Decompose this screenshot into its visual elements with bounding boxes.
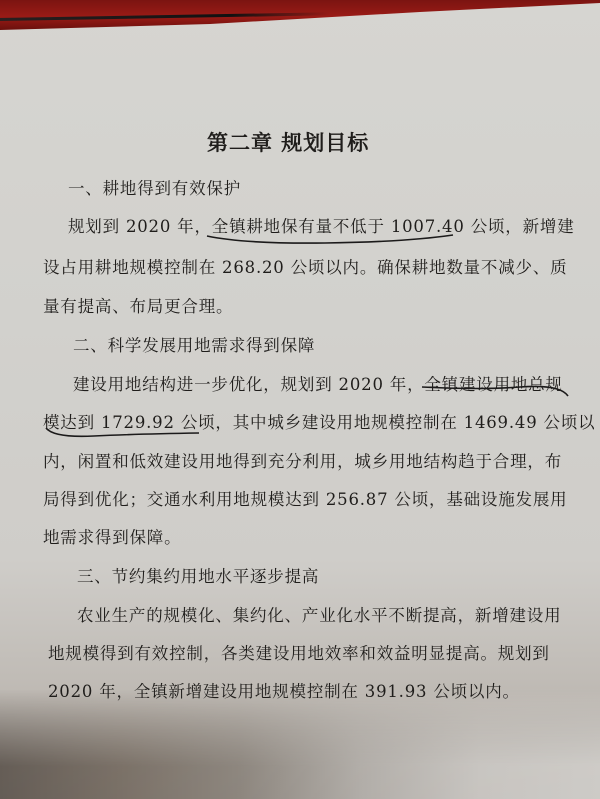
paragraph-line: 内，闲置和低效建设用地得到充分利用，城乡用地结构趋于合理，布: [43, 448, 562, 472]
paragraph-line: 2020 年，全镇新增建设用地规模控制在 391.93 公顷以内。: [48, 678, 520, 702]
paragraph-line: 设占用耕地规模控制在 268.20 公顷以内。确保耕地数量不减少、质: [43, 254, 567, 278]
paragraph-line: 局得到优化；交通水利用地规模达到 256.87 公顷，基础设施发展用: [43, 486, 567, 510]
chapter-title: 第二章 规划目标: [207, 127, 369, 157]
section-heading-3: 三、节约集约用地水平逐步提高: [77, 563, 319, 587]
paragraph-line: 地规模得到有效控制，各类建设用地效率和效益明显提高。规划到: [48, 640, 550, 664]
section-heading-1: 一、耕地得到有效保护: [68, 175, 241, 199]
paragraph-line: 建设用地结构进一步优化，规划到 2020 年，全镇建设用地总规: [73, 371, 563, 395]
document-body: 第二章 规划目标 一、耕地得到有效保护 规划到 2020 年，全镇耕地保有量不低…: [0, 0, 600, 799]
paragraph-line: 地需求得到保障。: [43, 524, 181, 548]
paragraph-line: 模达到 1729.92 公顷，其中城乡建设用地规模控制在 1469.49 公顷以: [43, 409, 595, 433]
section-heading-2: 二、科学发展用地需求得到保障: [73, 332, 315, 356]
paragraph-line: 规划到 2020 年，全镇耕地保有量不低于 1007.40 公顷，新增建: [68, 213, 575, 237]
paragraph-line: 农业生产的规模化、集约化、产业化水平不断提高，新增建设用: [77, 602, 561, 626]
paragraph-line: 量有提高、布局更合理。: [43, 293, 233, 317]
